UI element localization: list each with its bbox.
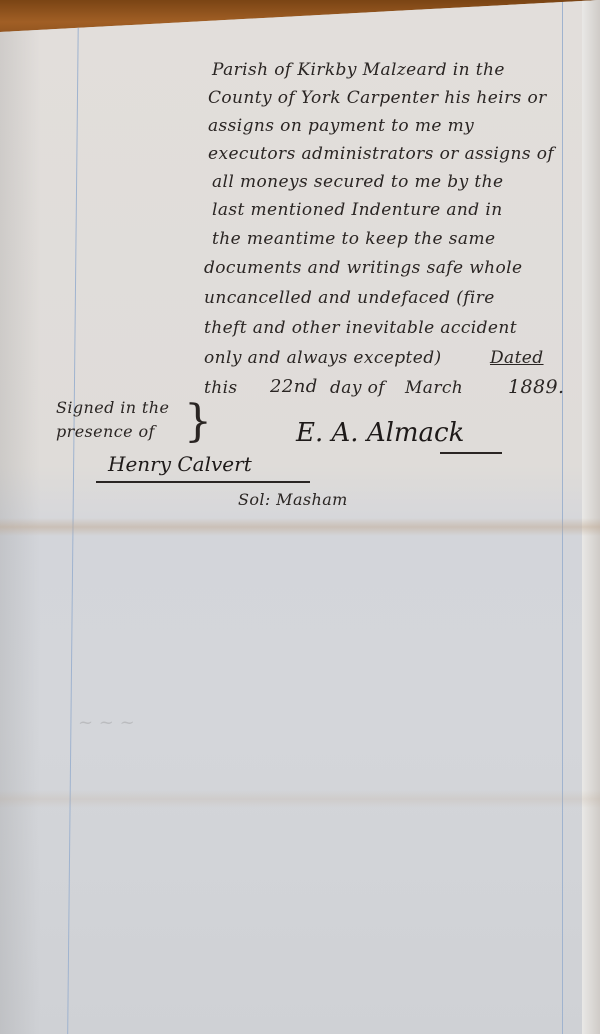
body-line-5: all moneys secured to me by the — [212, 172, 503, 192]
witness-title: Sol: Masham — [238, 490, 348, 509]
body-line-8: documents and writings safe whole — [204, 258, 522, 278]
left-margin-rule — [67, 0, 79, 1034]
body-line-3: assigns on payment to me my — [208, 116, 474, 136]
date-month: March — [405, 378, 463, 398]
body-line-10: theft and other inevitable accident — [204, 318, 517, 338]
body-line-11: only and always excepted) — [204, 348, 442, 368]
body-line-7: the meantime to keep the same — [212, 229, 495, 249]
attestation-brace: } — [184, 400, 212, 444]
body-line-9: uncancelled and undefaced (fire — [204, 288, 495, 308]
paper-sheet: Parish of Kirkby Malzeard in the County … — [0, 0, 600, 1034]
signature-flourish — [440, 452, 502, 454]
right-margin-rule — [562, 0, 563, 1034]
body-line-4: executors administrators or assigns of — [208, 144, 554, 164]
body-line-1: Parish of Kirkby Malzeard in the — [212, 60, 505, 80]
horizontal-fold-crease — [0, 518, 600, 536]
paper-edge-fold — [582, 0, 600, 1034]
show-through-marks: ~ ~ ~ — [78, 712, 135, 733]
signatory-signature: E. A. Almack — [296, 418, 464, 448]
date-day-of: day of — [330, 378, 385, 398]
date-day: 22nd — [270, 376, 318, 397]
attestation-line-1: Signed in the — [56, 398, 169, 417]
attestation-line-2: presence of — [56, 422, 155, 441]
witness-underline — [96, 481, 310, 483]
date-this: this — [204, 378, 238, 398]
witness-signature: Henry Calvert — [108, 452, 252, 476]
dated-label: Dated — [490, 348, 544, 368]
date-year: 1889. — [508, 376, 564, 398]
lower-fold-crease — [0, 790, 600, 808]
body-line-6: last mentioned Indenture and in — [212, 200, 503, 220]
body-line-2: County of York Carpenter his heirs or — [208, 88, 547, 108]
